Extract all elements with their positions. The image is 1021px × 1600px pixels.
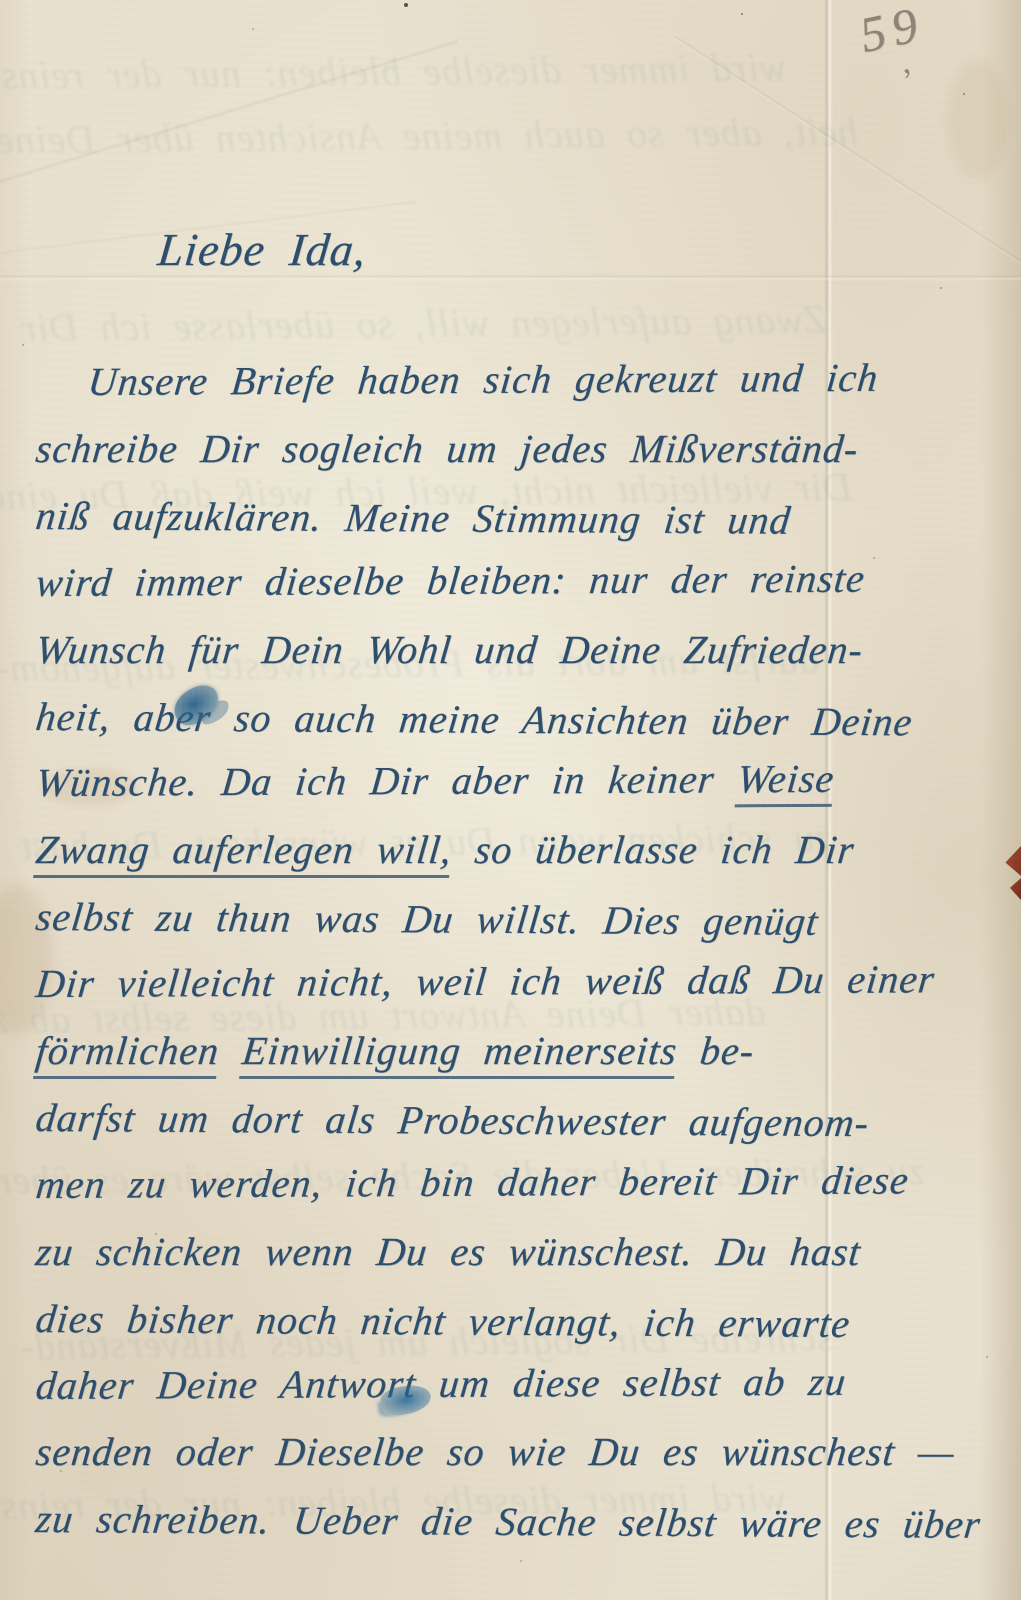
paper-grain [0, 0, 1021, 1600]
letter-page: wird immer dieselbe bleiben: nur der rei… [0, 0, 1021, 1600]
